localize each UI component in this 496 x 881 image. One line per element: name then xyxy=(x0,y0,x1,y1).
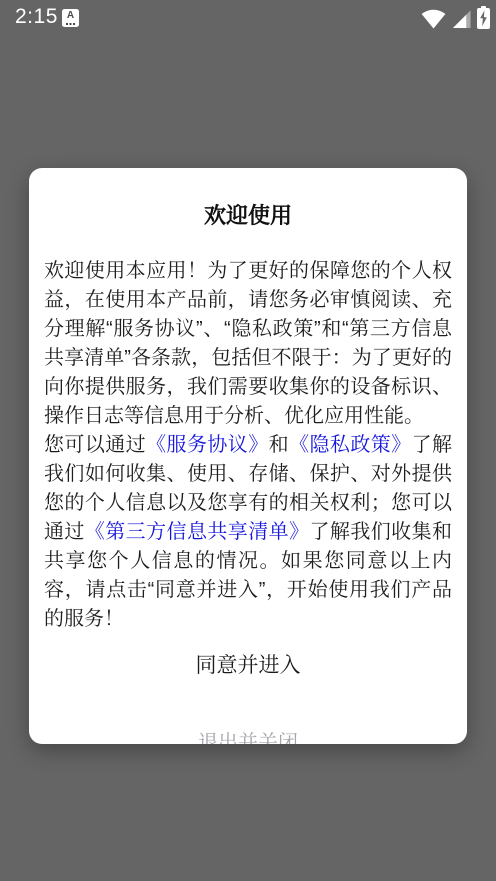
agree-and-enter-button[interactable]: 同意并进入 xyxy=(44,649,452,679)
charging-bolt-icon xyxy=(479,10,488,27)
policy-paragraph-2: 您可以通过《服务协议》和《隐私政策》了解我们如何收集、使用、存储、保护、对外提供… xyxy=(44,431,452,634)
notification-app-letter: A xyxy=(67,11,74,21)
notification-app-icon: A xyxy=(62,9,79,27)
wifi-icon xyxy=(421,8,446,29)
policy-paragraph-1: 欢迎使用本应用！为了更好的保障您的个人权益，在使用本产品前，请您务必审慎阅读、充… xyxy=(44,257,452,431)
status-bar: 2:15 A xyxy=(0,0,496,36)
service-agreement-link[interactable]: 《服务协议》 xyxy=(146,434,269,456)
third-party-share-list-link[interactable]: 《第三方信息共享清单》 xyxy=(85,521,310,543)
cellular-signal-icon xyxy=(452,8,471,29)
dialog-title: 欢迎使用 xyxy=(44,199,452,230)
notification-app-dots xyxy=(66,23,75,25)
clock: 2:15 xyxy=(15,5,58,29)
body-text-segment: 和 xyxy=(269,434,289,456)
privacy-policy-link[interactable]: 《隐私政策》 xyxy=(289,434,412,456)
exit-and-close-button[interactable]: 退出并关闭 xyxy=(44,726,452,744)
body-text-segment: 您可以通过 xyxy=(44,434,146,456)
dialog-body: 欢迎使用本应用！为了更好的保障您的个人权益，在使用本产品前，请您务必审慎阅读、充… xyxy=(44,257,452,634)
privacy-consent-dialog: 欢迎使用 欢迎使用本应用！为了更好的保障您的个人权益，在使用本产品前，请您务必审… xyxy=(29,168,467,744)
battery-charging-icon xyxy=(477,6,490,30)
status-bar-right-icons xyxy=(421,5,490,31)
